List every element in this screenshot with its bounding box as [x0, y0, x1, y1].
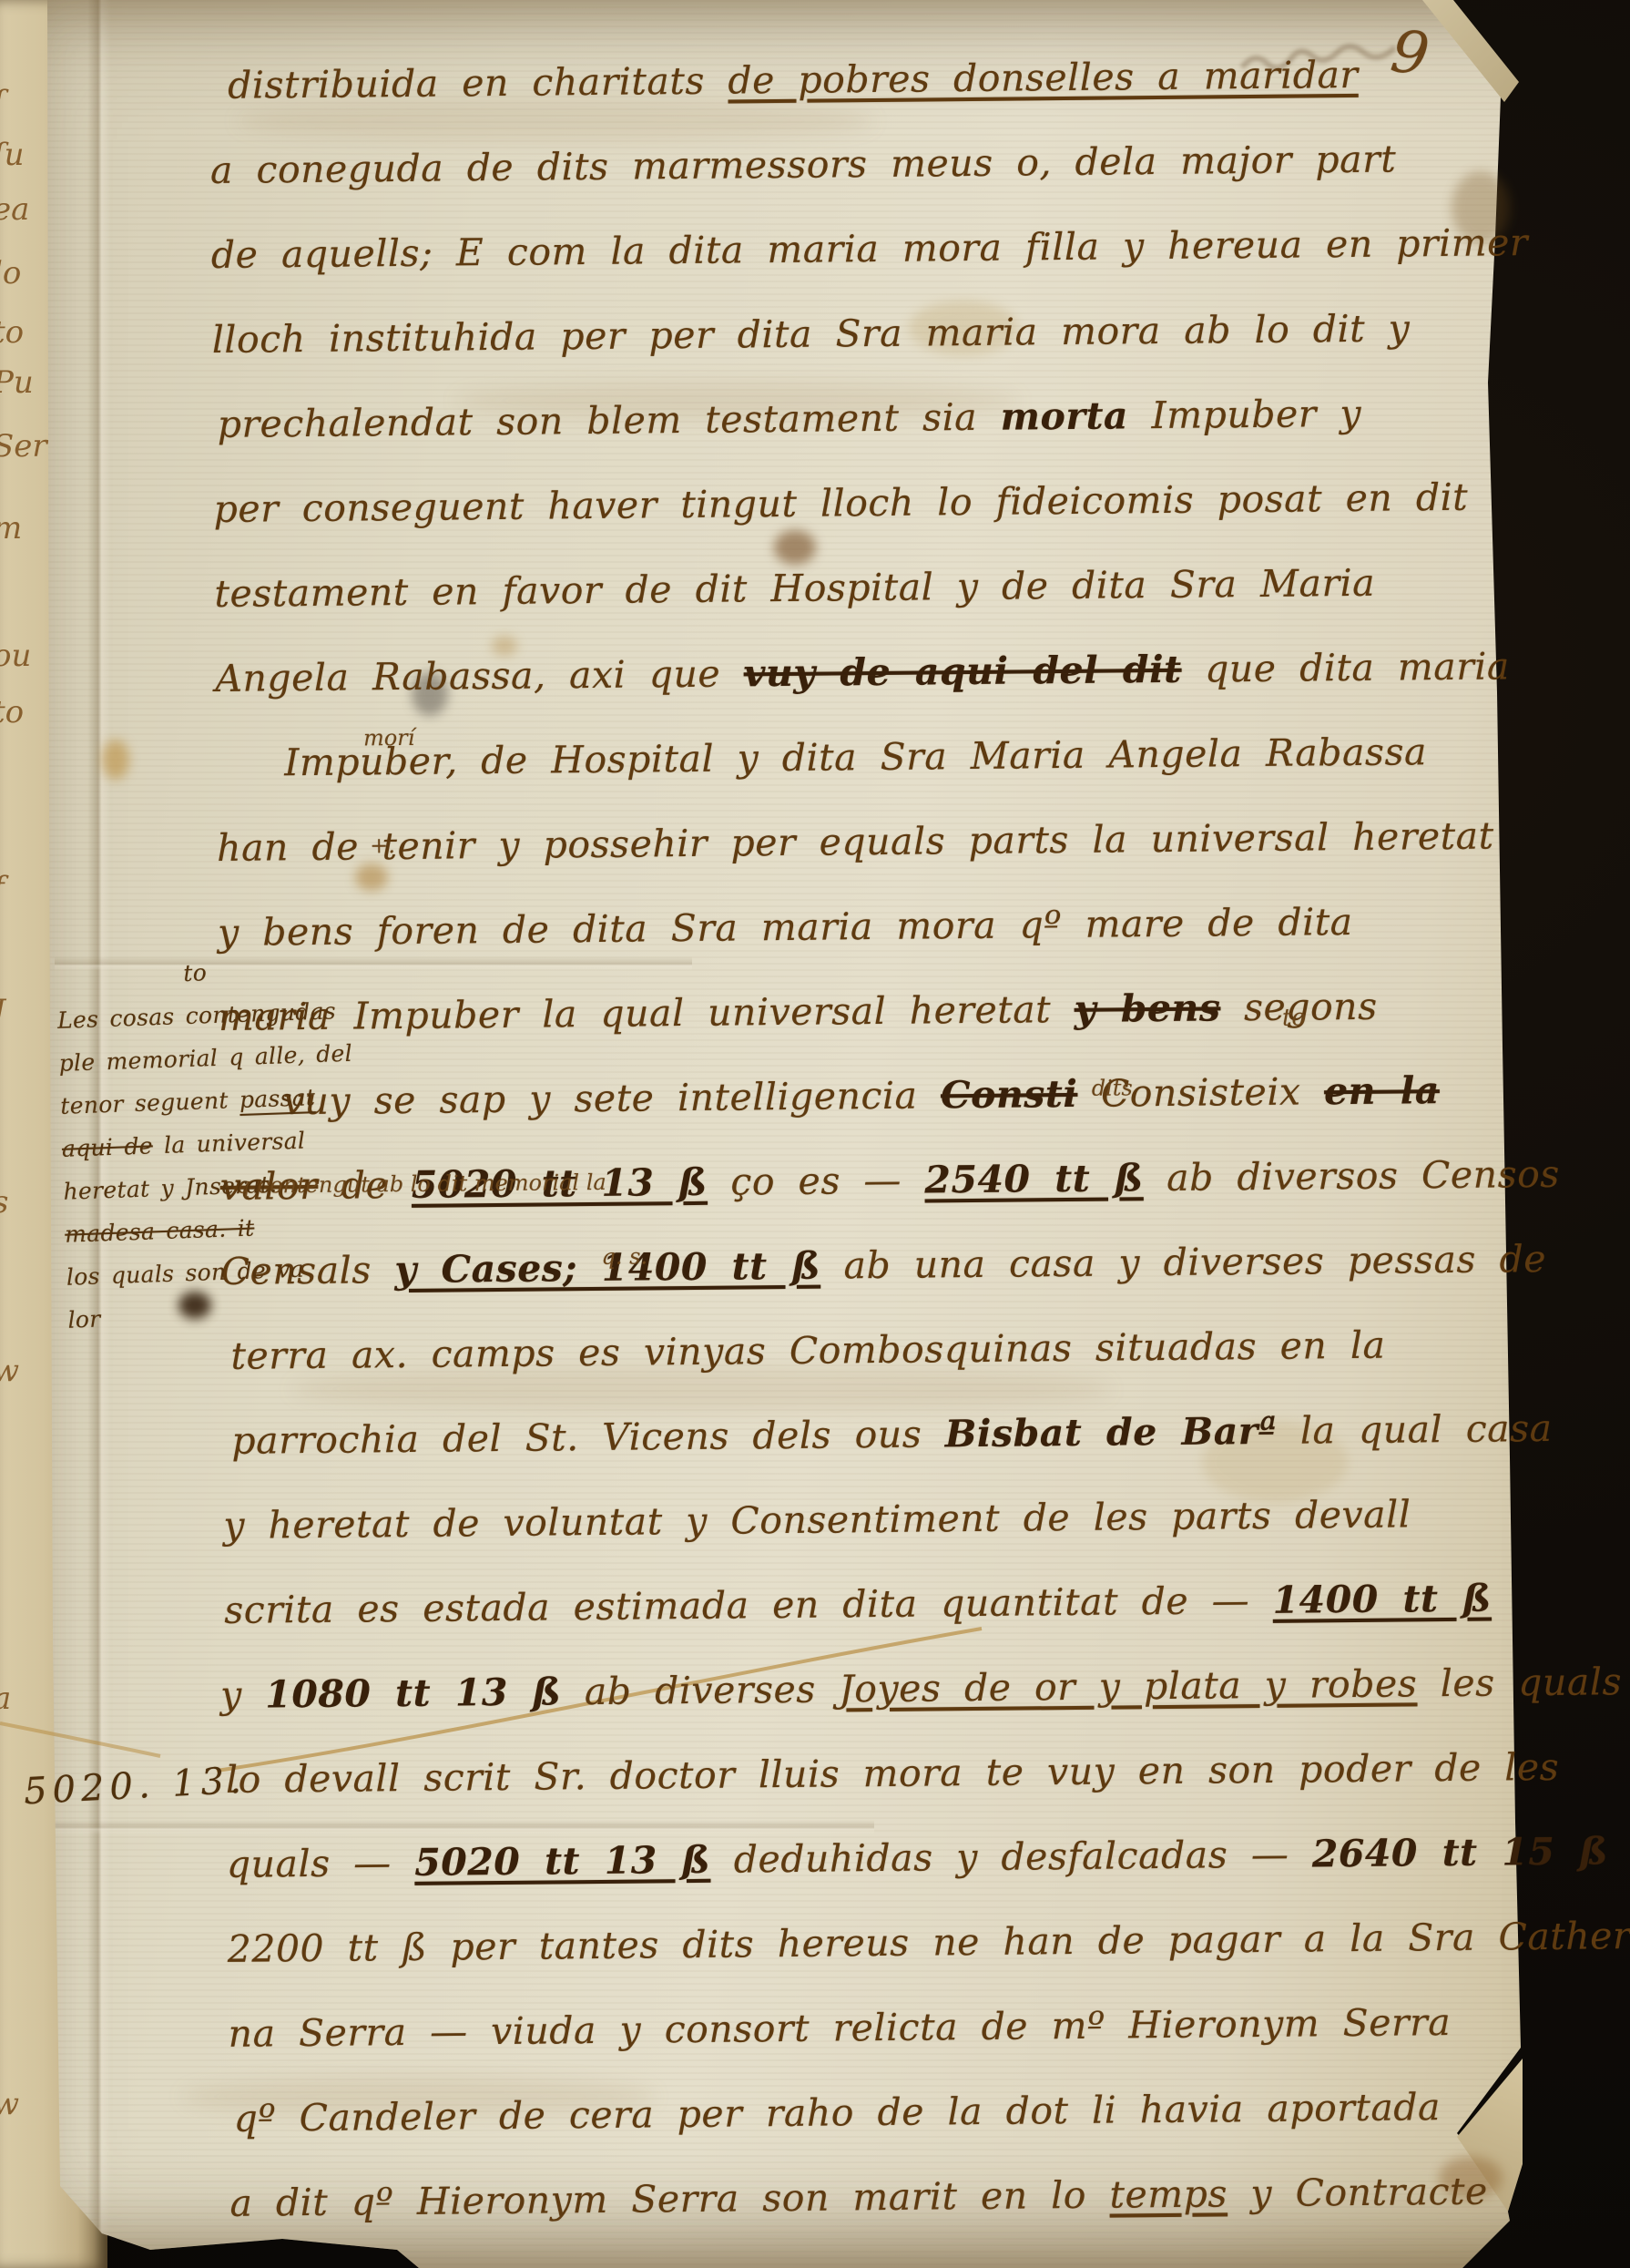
struck-text: y bens: [1074, 986, 1220, 1031]
handwritten-text: qº Candeler de cera per raho de la dot l…: [233, 2085, 1441, 2140]
manuscript-line-5: prechalendat son blem testament sia mort…: [217, 392, 1361, 446]
handwritten-text: deduhidas y desfalcadas —: [710, 1832, 1312, 1881]
handwritten-text: 1080 tt 13 ß: [265, 1670, 561, 1716]
handwritten-text: Impuber, de Hospital y dita Sra Maria An…: [284, 730, 1427, 784]
manuscript-line-20: y 1080 tt 13 ß ab diverses Joyes de or y…: [220, 1660, 1622, 1717]
facing-page-text-fragment: f: [0, 870, 5, 906]
underlined-text: temps: [1109, 2171, 1228, 2216]
handwritten-text: 2640 tt 15 ß: [1312, 1829, 1608, 1875]
handwritten-text: terra ax. camps es vinyas Combosquinas s…: [230, 1323, 1385, 1378]
manuscript-line-23: 2200 tt ß per tantes dits hereus ne han …: [228, 1914, 1630, 1971]
struck-text: Consti: [941, 1072, 1078, 1117]
struck-text: vuy de aqui del dit: [743, 648, 1181, 696]
handwritten-text: testament en favor de dit Hospital y de …: [214, 561, 1375, 616]
interlinear-note: to: [1282, 1004, 1306, 1031]
interlinear-note: +.: [370, 833, 395, 858]
handwritten-text: Impuber y: [1128, 392, 1362, 437]
manuscript-line-26: a dit qº Hieronym Serra son marit en lo …: [229, 2170, 1488, 2225]
underlined-text: passat: [239, 1084, 315, 1113]
manuscript-line-24: na Serra — viuda y consort relicta de mº…: [228, 2000, 1451, 2056]
handwritten-text: de aquells; E com la dita maria mora fil…: [211, 220, 1528, 277]
handwritten-text: ab diverses: [561, 1667, 839, 1713]
handwritten-text: Angela Rabassa, axi que: [215, 651, 744, 700]
manuscript-photo: ſſuealotoPuSermoutofJswaw 9 distribuida …: [0, 0, 1630, 2268]
manuscript-line-16: terra ax. camps es vinyas Combosquinas s…: [230, 1323, 1385, 1378]
manuscript-line-3: de aquells; E com la dita maria mora fil…: [211, 220, 1528, 277]
handwritten-text: na Serra — viuda y consort relicta de mº…: [228, 2000, 1451, 2056]
manuscript-line-12: maria Impuber la qual universal heretat …: [219, 985, 1378, 1039]
handwritten-text: quals —: [227, 1841, 415, 1886]
handwritten-text: les quals: [1417, 1660, 1622, 1705]
handwritten-text: parrochia del St. Vicens dels ous: [231, 1412, 945, 1463]
handwritten-text: ab diversos Censos: [1143, 1152, 1560, 1200]
manuscript-line-17: parrochia del St. Vicens dels ous Bisbat…: [231, 1406, 1553, 1463]
struck-text: aqui de: [61, 1132, 153, 1161]
underlined-text: 1400 tt ß: [1272, 1577, 1492, 1622]
handwritten-text: y heretat de voluntat y Consentiment de …: [223, 1492, 1411, 1548]
handwritten-text: lor: [67, 1305, 101, 1333]
manuscript-line-2: a coneguda de dits marmessors meus o, de…: [210, 137, 1397, 191]
struck-text: en la: [1324, 1068, 1440, 1113]
handwritten-text: ab una casa y diverses pessas de: [820, 1237, 1546, 1288]
manuscript-line-6: per conseguent haver tingut lloch lo fid…: [213, 475, 1468, 531]
handwritten-text: prechalendat son blem testament sia: [217, 395, 1000, 446]
facing-page-text-fragment: J: [0, 993, 5, 1029]
handwritten-text: morta: [1000, 393, 1128, 438]
handwritten-text: y Contracte: [1228, 2170, 1488, 2216]
handwritten-text: Bisbat de Barª: [945, 1409, 1278, 1456]
manuscript-line-13: vuy se sap y sete intelligencia Consti C…: [283, 1068, 1441, 1123]
manuscript-line-22: quals — 5020 tt 13 ß deduhidas y desfalc…: [227, 1827, 1630, 1886]
manuscript-line-15: Censals y Cases; 1400 tt ß ab una casa y…: [220, 1237, 1546, 1293]
handwritten-text: la qual casa: [1277, 1406, 1553, 1453]
underlined-text: 2540 tt ß: [924, 1156, 1144, 1201]
margin-note-line-1: to: [183, 959, 208, 986]
manuscript-line-19: scrita es estada estimada en dita quanti…: [224, 1577, 1492, 1632]
manuscript-line-7: testament en favor de dit Hospital y de …: [214, 561, 1375, 616]
margin-note-line-9: lor: [67, 1305, 101, 1333]
interlinear-note: dits: [1092, 1075, 1133, 1100]
manuscript-line-21: lo devall scrit Sr. doctor lluis mora te…: [226, 1745, 1560, 1802]
manuscript-line-1: distribuida en charitats de pobres donse…: [228, 53, 1359, 107]
handwritten-text: la universal: [152, 1128, 305, 1160]
handwritten-text: y: [220, 1672, 266, 1716]
handwritten-text: lloch instituhida per per dita Sra maria…: [212, 306, 1411, 362]
handwritten-text: y bens foren de dita Sra maria mora qº m…: [218, 900, 1353, 955]
handwritten-text: a coneguda de dits marmessors meus o, de…: [210, 137, 1397, 191]
handwritten-text: to: [183, 959, 208, 986]
manuscript-line-10: han de tenir y possehir per equals parts…: [217, 813, 1494, 869]
manuscript-line-4: lloch instituhida per per dita Sra maria…: [212, 306, 1411, 362]
interlinear-note: morí: [363, 725, 415, 751]
handwritten-text: lo devall scrit Sr. doctor lluis mora te…: [226, 1745, 1560, 1802]
interlinear-note: q. s.: [601, 1243, 647, 1269]
handwritten-text: scrita es estada estimada en dita quanti…: [224, 1578, 1273, 1632]
handwritten-text: han de tenir y possehir per equals parts…: [217, 813, 1494, 869]
manuscript-line-9: Impuber, de Hospital y dita Sra Maria An…: [284, 730, 1427, 784]
facing-page-text-fragment: a: [0, 1681, 11, 1717]
interlinear-note: q contengut ab lo dit memorial la: [237, 1170, 606, 1199]
handwritten-text: que dita maria: [1181, 644, 1510, 690]
handwritten-text: a dit qº Hieronym Serra son marit en lo: [229, 2173, 1109, 2225]
manuscript-line-25: qº Candeler de cera per raho de la dot l…: [233, 2085, 1441, 2140]
handwritten-text: vuy se sap y sete intelligencia: [283, 1073, 942, 1123]
manuscript-line-18: y heretat de voluntat y Consentiment de …: [223, 1492, 1411, 1548]
facing-page-text-fragment: w: [0, 2086, 19, 2122]
handwritten-text: ço es —: [1608, 1827, 1630, 1873]
underlined-text: Joyes de or y plata y robes: [839, 1661, 1417, 1711]
facing-page-text-fragment: s: [0, 1184, 8, 1221]
handwritten-text: ço es —: [708, 1159, 925, 1204]
handwritten-text: maria Impuber la qual universal heretat: [219, 987, 1075, 1039]
underlined-text: 5020 tt 13 ß: [414, 1838, 710, 1885]
manuscript-line-8: Angela Rabassa, axi que vuy de aqui del …: [215, 644, 1510, 700]
handwritten-text: 2200 tt ß per tantes dits hereus ne han …: [228, 1914, 1630, 1971]
underlined-text: de pobres donselles a maridar: [728, 53, 1359, 103]
handwritten-text: per conseguent haver tingut lloch lo fid…: [213, 475, 1468, 531]
handwritten-text: distribuida en charitats: [228, 59, 728, 107]
manuscript-line-11: y bens foren de dita Sra maria mora qº m…: [218, 900, 1353, 955]
